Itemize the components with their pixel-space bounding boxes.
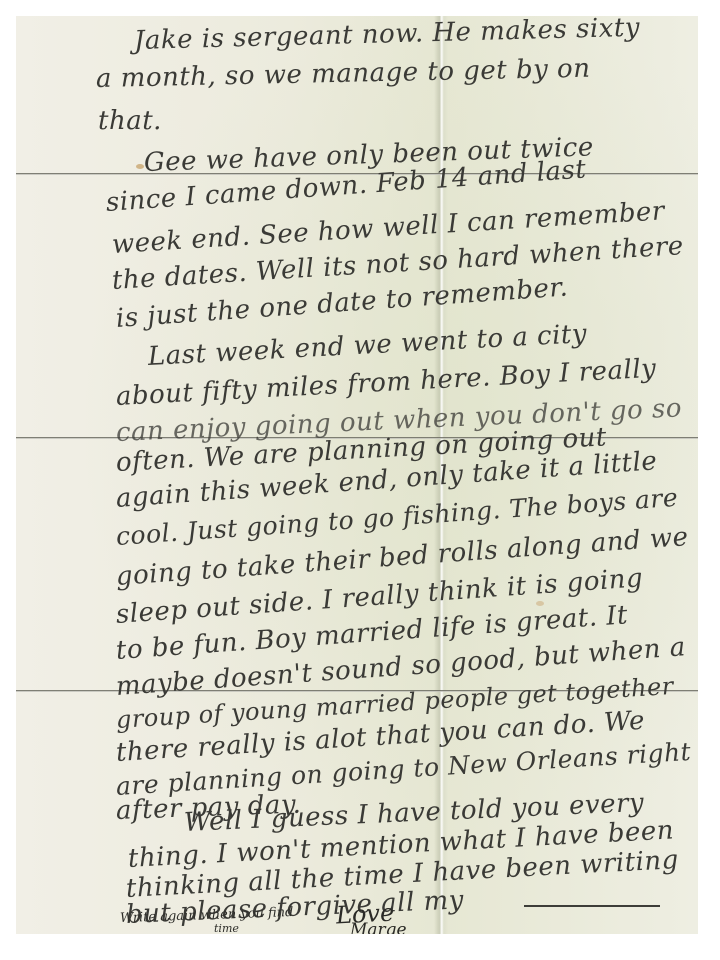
letter-line: Jake is sergeant now. He makes sixty	[134, 16, 641, 56]
signature: Marge	[350, 920, 407, 934]
postscript-continuation: time	[214, 922, 239, 934]
paper-stain	[136, 164, 144, 169]
letter-line: a month, so we manage to get by on	[96, 54, 591, 94]
closing-dash-line	[524, 905, 660, 907]
letter-page: Jake is sergeant now. He makes sixty a m…	[16, 16, 698, 934]
letter-line: that.	[98, 106, 162, 136]
